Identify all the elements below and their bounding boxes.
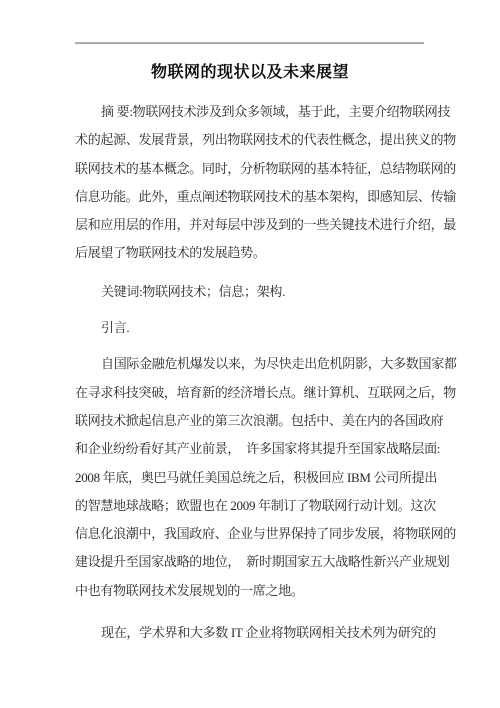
text-line: 关键词:物联网技术；信息；架构. bbox=[75, 278, 425, 306]
text-line: 中也有物联网技术发展规划的一席之地。 bbox=[75, 577, 425, 605]
document-body: 摘 要:物联网技术涉及到众多领域，基于此，主要介绍物联网技术的起源、发展背景，列… bbox=[75, 98, 425, 647]
text-line: 和企业纷纷看好其产业前景， 许多国家将其提升至国家战略层面: bbox=[75, 435, 425, 463]
text-line: 在寻求科技突破，培育新的经济增长点。继计算机、互联网之后，物 bbox=[75, 379, 425, 407]
text-line: 建设提升至国家战略的地位， 新时期国家五大战略性新兴产业规划 bbox=[75, 548, 425, 576]
document-title: 物联网的现状以及未来展望 bbox=[0, 58, 500, 88]
document-page: 物联网的现状以及未来展望 摘 要:物联网技术涉及到众多领域，基于此，主要介绍物联… bbox=[0, 0, 500, 708]
text-line: 引言. bbox=[75, 314, 425, 342]
text-line: 信息功能。此外，重点阐述物联网技术的基本架构，即感知层、传输 bbox=[75, 183, 425, 211]
text-line: 术的起源、发展背景，列出物联网技术的代表性概念，提出狭义的物 bbox=[75, 126, 425, 154]
text-line: 摘 要:物联网技术涉及到众多领域，基于此，主要介绍物联网技 bbox=[75, 98, 425, 126]
paragraph-introduction-para-2: 现在，学术界和大多数 IT 企业将物联网相关技术列为研究的 bbox=[75, 619, 425, 647]
text-line: 层和应用层的作用，并对每层中涉及到的一些关键技术进行介绍，最 bbox=[75, 211, 425, 239]
paragraph-introduction-para-1: 自国际金融危机爆发以来，为尽快走出危机阴影，大多数国家都在寻求科技突破，培育新的… bbox=[75, 350, 425, 605]
paragraph-introduction-heading: 引言. bbox=[75, 314, 425, 342]
text-line: 的智慧地球战略；欧盟也在 2009 年制订了物联网行动计划。这次 bbox=[75, 492, 425, 520]
text-line: 信息化浪潮中，我国政府、企业与世界保持了同步发展，将物联网的 bbox=[75, 520, 425, 548]
text-line: 联网技术的基本概念。同时，分析物联网的基本特征，总结物联网的 bbox=[75, 155, 425, 183]
header-divider-line bbox=[75, 42, 424, 44]
text-line: 后展望了物联网技术的发展趋势。 bbox=[75, 239, 425, 267]
text-line: 联网技术掀起信息产业的第三次浪潮。包括中、美在内的各国政府 bbox=[75, 407, 425, 435]
text-line: 2008 年底，奥巴马就任美国总统之后，积极回应 IBM 公司所提出 bbox=[75, 464, 425, 492]
paragraph-keywords: 关键词:物联网技术；信息；架构. bbox=[75, 278, 425, 306]
paragraph-abstract: 摘 要:物联网技术涉及到众多领域，基于此，主要介绍物联网技术的起源、发展背景，列… bbox=[75, 98, 425, 268]
text-line: 现在，学术界和大多数 IT 企业将物联网相关技术列为研究的 bbox=[75, 619, 425, 647]
text-line: 自国际金融危机爆发以来，为尽快走出危机阴影，大多数国家都 bbox=[75, 350, 425, 378]
